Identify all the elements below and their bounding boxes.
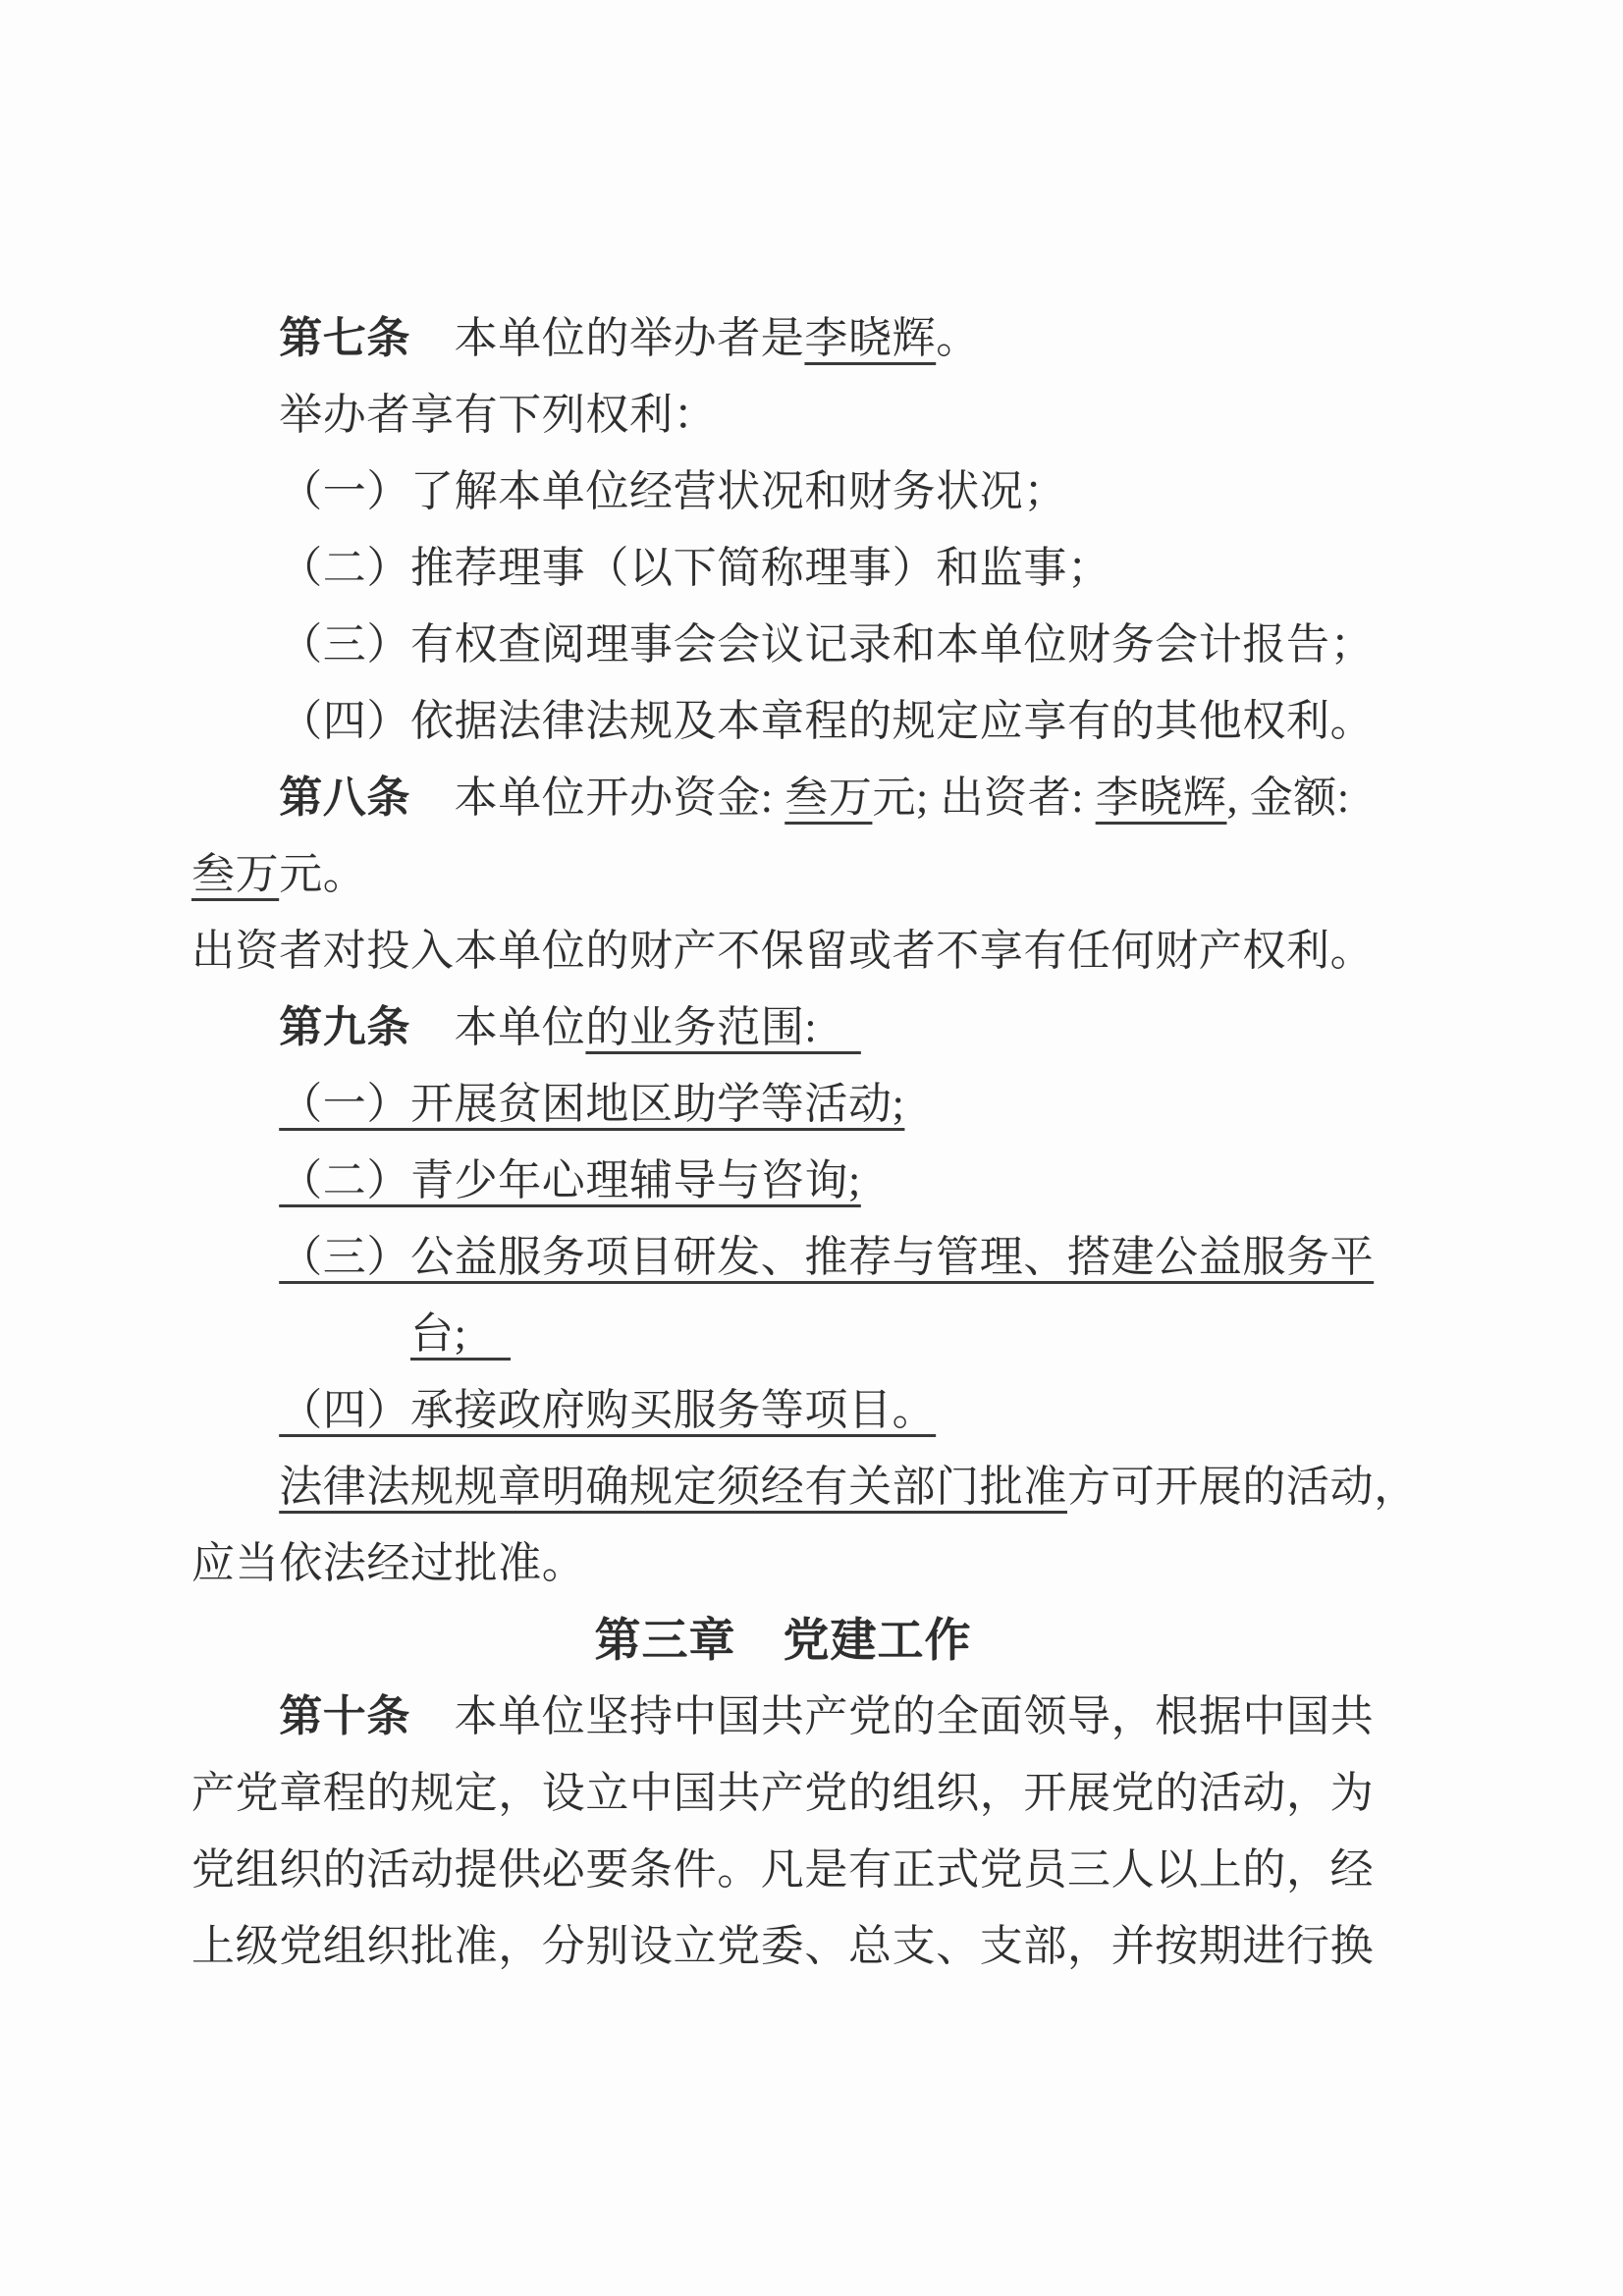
text-segment: 。	[936, 314, 980, 362]
scope-item-4: （四）承接政府购买服务等项目。	[191, 1372, 1375, 1449]
text-segment: （一）了解本单位经营状况和财务状况；	[279, 467, 1067, 515]
text-segment: 方可开展的活动，	[1067, 1463, 1418, 1511]
sponsor-rights-intro: 举办者享有下列权利：	[191, 377, 1375, 454]
scope-item-1: （一）开展贫困地区助学等活动;	[191, 1066, 1375, 1143]
text-segment	[410, 774, 455, 822]
text-segment: 上级党组织批准，分别设立党委、总支、支部，并按期进行换	[191, 1922, 1374, 1970]
underlined-filled-text: （四）承接政府购买服务等项目。	[279, 1386, 936, 1434]
underlined-filled-text: 台;	[410, 1309, 511, 1358]
text-segment: 产党章程的规定，设立中国共产党的组织，开展党的活动，为	[191, 1769, 1374, 1817]
right-item-3: （三）有权查阅理事会会议记录和本单位财务会计报告；	[191, 607, 1375, 683]
chapter-3-heading: 第三章 党建工作	[191, 1602, 1375, 1679]
chapter-heading-text: 第三章 党建工作	[595, 1614, 972, 1666]
text-segment: 本单位坚持中国共产党的全面领导，根据中国共	[455, 1692, 1375, 1740]
text-segment: 党组织的活动提供必要条件。凡是有正式党员三人以上的，经	[191, 1845, 1374, 1894]
article-8-capital: 第八条 本单位开办资金: 叁万元; 出资者: 李晓辉, 金额:	[191, 760, 1375, 836]
right-item-4: （四）依据法律法规及本章程的规定应享有的其他权利。	[191, 683, 1375, 760]
article-10-line-1: 第十条 本单位坚持中国共产党的全面领导，根据中国共	[191, 1679, 1375, 1755]
underlined-filled-text: 叁万	[784, 774, 872, 822]
underlined-filled-text: （三）公益服务项目研发、推荐与管理、搭建公益服务平	[279, 1233, 1374, 1281]
scope-item-3: （三）公益服务项目研发、推荐与管理、搭建公益服务平	[191, 1219, 1375, 1296]
scope-item-3-cont: 台;	[191, 1296, 1375, 1372]
scope-item-2: （二）青少年心理辅导与咨询;	[191, 1143, 1375, 1219]
text-segment: （二）推荐理事（以下简称理事）和监事；	[279, 544, 1110, 592]
underlined-filled-text: 的业务范围:	[585, 1003, 860, 1051]
underlined-filled-text: 法律法规规章明确规定须经有关部门批准	[279, 1463, 1067, 1511]
capital-amount-wrap: 叁万元。	[191, 836, 1375, 913]
approval-note-line-1: 法律法规规章明确规定须经有关部门批准方可开展的活动，	[191, 1449, 1375, 1525]
right-item-2: （二）推荐理事（以下简称理事）和监事；	[191, 530, 1375, 607]
text-segment: 出资者对投入本单位的财产不保留或者不享有任何财产权利。	[191, 927, 1374, 975]
article-7-opening: 第七条 本单位的举办者是李晓辉。	[191, 300, 1375, 377]
article-number-label: 第七条	[279, 314, 410, 362]
text-segment	[410, 314, 455, 362]
text-segment	[410, 1692, 455, 1740]
scanned-document-page: 第七条 本单位的举办者是李晓辉。举办者享有下列权利：（一）了解本单位经营状况和财…	[0, 0, 1623, 2296]
underlined-filled-text: 叁万	[191, 850, 279, 898]
text-segment: （三）有权查阅理事会会议记录和本单位财务会计报告；	[279, 620, 1374, 668]
article-number-label: 第八条	[279, 774, 410, 822]
text-segment: , 金额:	[1227, 774, 1350, 822]
text-segment: 应当依法经过批准。	[191, 1539, 585, 1587]
text-segment: （四）依据法律法规及本章程的规定应享有的其他权利。	[279, 697, 1374, 745]
article-10-line-3: 党组织的活动提供必要条件。凡是有正式党员三人以上的，经	[191, 1832, 1375, 1908]
text-segment: 元; 出资者:	[872, 774, 1095, 822]
underlined-filled-text: （二）青少年心理辅导与咨询;	[279, 1156, 861, 1204]
document-lines: 第七条 本单位的举办者是李晓辉。举办者享有下列权利：（一）了解本单位经营状况和财…	[191, 300, 1375, 1985]
article-10-line-4: 上级党组织批准，分别设立党委、总支、支部，并按期进行换	[191, 1908, 1375, 1985]
article-10-line-2: 产党章程的规定，设立中国共产党的组织，开展党的活动，为	[191, 1755, 1375, 1832]
article-number-label: 第九条	[279, 1003, 410, 1051]
text-segment: 本单位	[455, 1003, 586, 1051]
underlined-filled-text: 李晓辉	[1096, 774, 1227, 822]
article-9-business-scope: 第九条 本单位的业务范围:	[191, 989, 1375, 1066]
underlined-filled-text: （一）开展贫困地区助学等活动;	[279, 1080, 904, 1128]
text-segment: 元。	[279, 850, 366, 898]
right-item-1: （一）了解本单位经营状况和财务状况；	[191, 454, 1375, 530]
text-segment: 本单位开办资金:	[455, 774, 785, 822]
approval-note-line-2: 应当依法经过批准。	[191, 1525, 1375, 1602]
investor-property-note: 出资者对投入本单位的财产不保留或者不享有任何财产权利。	[191, 913, 1375, 989]
text-segment: 举办者享有下列权利：	[279, 391, 717, 439]
text-segment	[410, 1003, 455, 1051]
text-segment: 本单位的举办者是	[455, 314, 805, 362]
underlined-filled-text: 李晓辉	[804, 314, 936, 362]
article-number-label: 第十条	[279, 1692, 410, 1740]
